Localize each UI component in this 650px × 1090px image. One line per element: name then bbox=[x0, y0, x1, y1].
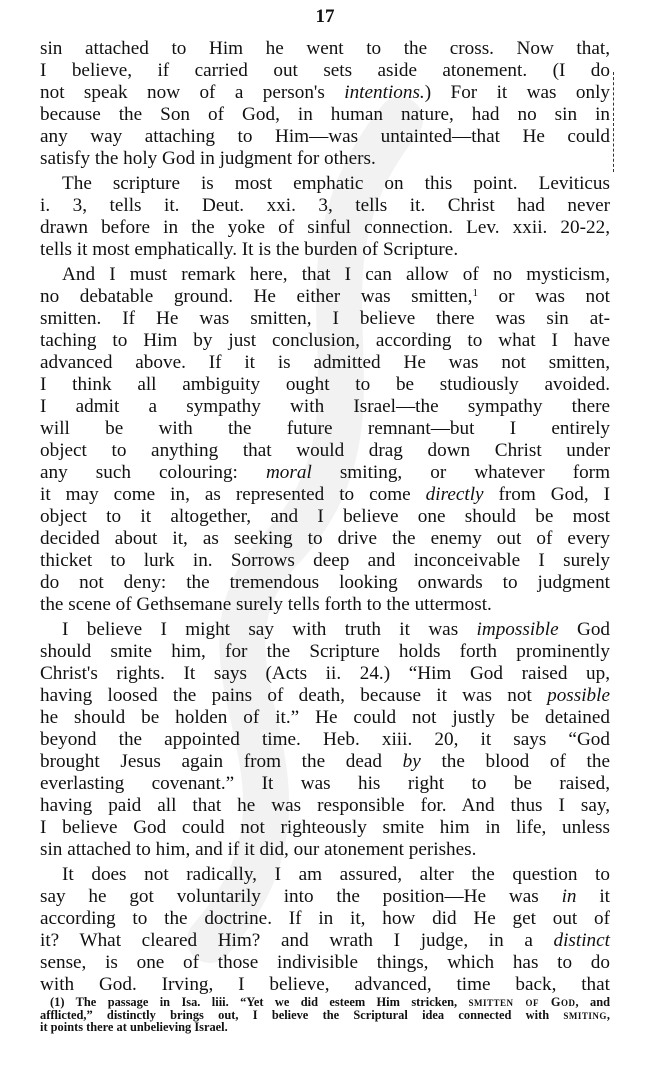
text-line: not speak now of a person's intentions.)… bbox=[40, 82, 610, 104]
document-page: 17 sin attached to Him he went to the cr… bbox=[0, 0, 650, 1090]
footnote-line: (1) The passage in Isa. liii. “Yet we di… bbox=[40, 996, 610, 1009]
text-line: because the Son of God, in human nature,… bbox=[40, 104, 610, 126]
text-line: object to it altogether, and I believe o… bbox=[40, 506, 610, 528]
text-line: any way attaching to Him—was untainted—t… bbox=[40, 126, 610, 148]
text-line: decided about it, as seeking to drive th… bbox=[40, 528, 610, 550]
text-line: sense, is one of those indivisible thing… bbox=[40, 952, 610, 974]
small-caps-text: smiting bbox=[563, 1008, 607, 1022]
text-line: thicket to lurk in. Sorrows deep and inc… bbox=[40, 550, 610, 572]
text-line: say he got voluntarily into the position… bbox=[40, 886, 610, 908]
footnote-marker: 1 bbox=[472, 287, 478, 299]
text-line: advanced above. If it is admitted He was… bbox=[40, 352, 610, 374]
text-line: everlasting covenant.” It was his right … bbox=[40, 773, 610, 795]
text-line: sin attached to him, and if it did, our … bbox=[40, 839, 610, 861]
small-caps-text: smitten of God bbox=[469, 995, 576, 1009]
italic-emphasis: directly bbox=[426, 484, 484, 505]
text-line: object to anything that would drag down … bbox=[40, 440, 610, 462]
body-text: sin attached to Him he went to the cross… bbox=[40, 38, 610, 996]
text-line: I believe I might say with truth it was … bbox=[40, 619, 610, 641]
text-line: It does not radically, I am assured, alt… bbox=[40, 864, 610, 886]
text-line: smitten. If He was smitten, I believe th… bbox=[40, 308, 610, 330]
italic-emphasis: moral bbox=[266, 462, 312, 483]
text-line: Christ's rights. It says (Acts ii. 24.) … bbox=[40, 663, 610, 685]
italic-emphasis: intentions. bbox=[344, 82, 424, 103]
text-line: it may come in, as represented to come d… bbox=[40, 484, 610, 506]
text-line: sin attached to Him he went to the cross… bbox=[40, 38, 610, 60]
footnote-line: it points there at unbelieving Israel. bbox=[40, 1021, 610, 1034]
text-line: I believe God could not righteously smit… bbox=[40, 817, 610, 839]
italic-emphasis: impossible bbox=[477, 619, 559, 640]
italic-emphasis: possible bbox=[547, 685, 610, 706]
italic-emphasis: by bbox=[403, 751, 421, 772]
text-line: The scripture is most emphatic on this p… bbox=[40, 173, 610, 195]
text-line: according to the doctrine. If in it, how… bbox=[40, 908, 610, 930]
text-line: no debatable ground. He either was smitt… bbox=[40, 286, 610, 308]
text-line: having loosed the pains of death, becaus… bbox=[40, 685, 610, 707]
text-line: will be with the future remnant—but I en… bbox=[40, 418, 610, 440]
italic-emphasis: in bbox=[562, 886, 577, 907]
text-line: I admit a sympathy with Israel—the sympa… bbox=[40, 396, 610, 418]
text-line: he should be holden of it.” He could not… bbox=[40, 707, 610, 729]
text-line: drawn before in the yoke of sinful conne… bbox=[40, 217, 610, 239]
text-line: I believe, if carried out sets aside ato… bbox=[40, 60, 610, 82]
text-line: taching to Him by just conclusion, accor… bbox=[40, 330, 610, 352]
margin-mark bbox=[613, 72, 616, 172]
text-line: with God. Irving, I believe, advanced, t… bbox=[40, 974, 610, 996]
text-line: tells it most emphatically. It is the bu… bbox=[40, 239, 610, 261]
italic-emphasis: distinct bbox=[554, 930, 611, 951]
text-line: I think all ambiguity ought to be studio… bbox=[40, 374, 610, 396]
text-line: the scene of Gethsemane surely tells for… bbox=[40, 594, 610, 616]
text-line: having paid all that he was responsible … bbox=[40, 795, 610, 817]
text-line: beyond the appointed time. Heb. xiii. 20… bbox=[40, 729, 610, 751]
text-line: should smite him, for the Scripture hold… bbox=[40, 641, 610, 663]
text-line: And I must remark here, that I can allow… bbox=[40, 264, 610, 286]
text-line: it? What cleared Him? and wrath I judge,… bbox=[40, 930, 610, 952]
text-line: satisfy the holy God in judgment for oth… bbox=[40, 148, 610, 170]
page-number: 17 bbox=[0, 6, 650, 28]
text-line: brought Jesus again from the dead by the… bbox=[40, 751, 610, 773]
text-line: any such colouring: moral smiting, or wh… bbox=[40, 462, 610, 484]
text-line: i. 3, tells it. Deut. xxi. 3, tells it. … bbox=[40, 195, 610, 217]
text-line: do not deny: the tremendous looking onwa… bbox=[40, 572, 610, 594]
footnote: (1) The passage in Isa. liii. “Yet we di… bbox=[40, 996, 610, 1034]
